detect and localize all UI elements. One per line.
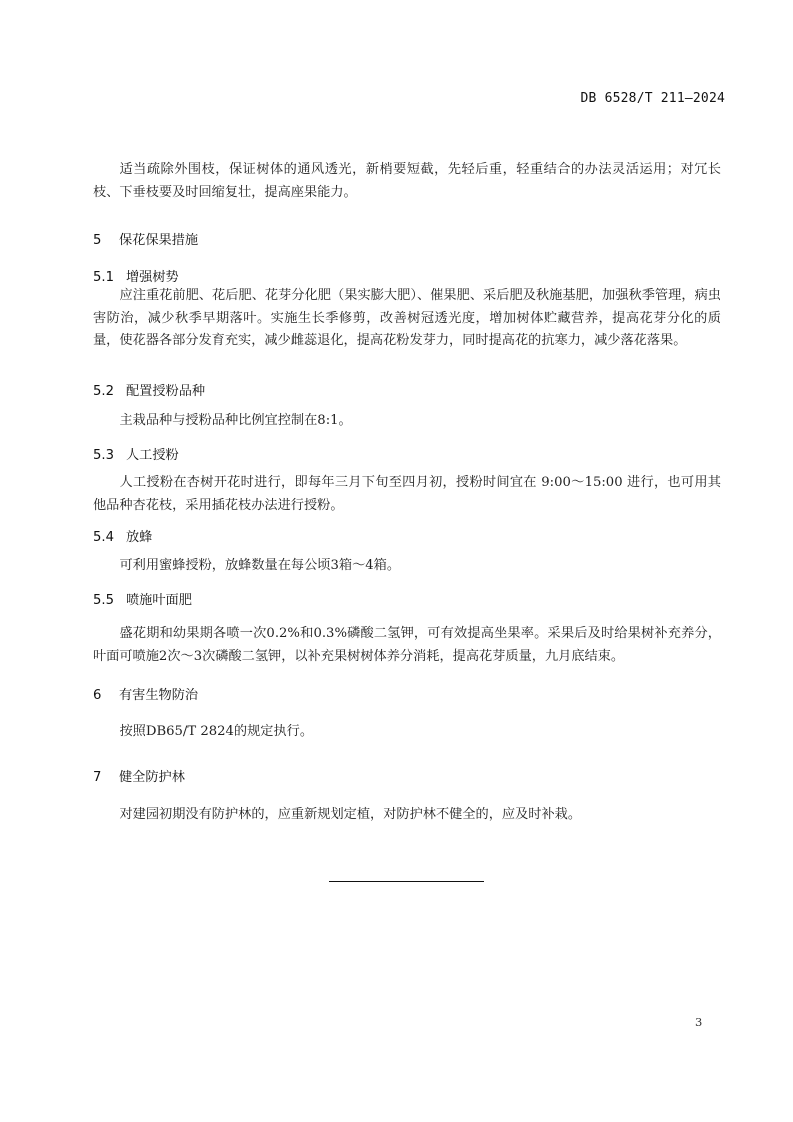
section-title: 有害生物防治: [119, 688, 198, 703]
section-6-heading: 6有害生物防治: [93, 684, 198, 703]
subsection-5-1-heading: 5.1增强树势: [93, 266, 179, 285]
subsection-number: 5.5: [93, 593, 126, 608]
section-number: 6: [93, 688, 119, 703]
section-7-body: 对建园初期没有防护林的，应重新规划定植，对防护林不健全的，应及时补栽。: [93, 804, 721, 827]
section-number: 5: [93, 233, 119, 248]
section-5-heading: 5保花保果措施: [93, 229, 198, 248]
subsection-title: 增强树势: [126, 270, 179, 285]
document-id: DB 6528/T 211—2024: [581, 91, 725, 106]
subsection-number: 5.1: [93, 270, 126, 285]
intro-paragraph: 适当疏除外围枝，保证树体的通风透光，新梢要短截，先轻后重，轻重结合的办法灵活运用…: [93, 159, 721, 204]
subsection-5-2-heading: 5.2配置授粉品种: [93, 380, 205, 399]
section-title: 保花保果措施: [119, 233, 198, 248]
section-title: 健全防护林: [119, 770, 185, 785]
subsection-number: 5.4: [93, 530, 126, 545]
subsection-5-1-body: 应注重花前肥、花后肥、花芽分化肥（果实膨大肥）、催果肥、采后肥及秋施基肥，加强秋…: [93, 285, 721, 353]
subsection-title: 放蜂: [126, 530, 152, 545]
subsection-5-5-body: 盛花期和幼果期各喷一次0.2%和0.3%磷酸二氢钾，可有效提高坐果率。采果后及时…: [93, 623, 721, 668]
subsection-number: 5.3: [93, 448, 126, 463]
section-6-body: 按照DB65/T 2824的规定执行。: [93, 721, 721, 744]
subsection-title: 喷施叶面肥: [126, 593, 192, 608]
subsection-5-2-body: 主栽品种与授粉品种比例宜控制在8:1。: [93, 410, 721, 433]
subsection-5-3-body: 人工授粉在杏树开花时进行，即每年三月下旬至四月初，授粉时间宜在 9:00～15:…: [93, 472, 721, 517]
subsection-5-4-heading: 5.4放蜂: [93, 526, 152, 545]
end-of-document-rule: [329, 881, 484, 882]
subsection-title: 配置授粉品种: [126, 384, 205, 399]
section-number: 7: [93, 770, 119, 785]
subsection-number: 5.2: [93, 384, 126, 399]
subsection-5-5-heading: 5.5喷施叶面肥: [93, 589, 192, 608]
subsection-title: 人工授粉: [126, 448, 179, 463]
subsection-5-4-body: 可利用蜜蜂授粉，放蜂数量在每公顷3箱～4箱。: [93, 555, 721, 578]
subsection-5-3-heading: 5.3人工授粉: [93, 444, 179, 463]
page-number: 3: [695, 1015, 702, 1029]
section-7-heading: 7健全防护林: [93, 766, 185, 785]
